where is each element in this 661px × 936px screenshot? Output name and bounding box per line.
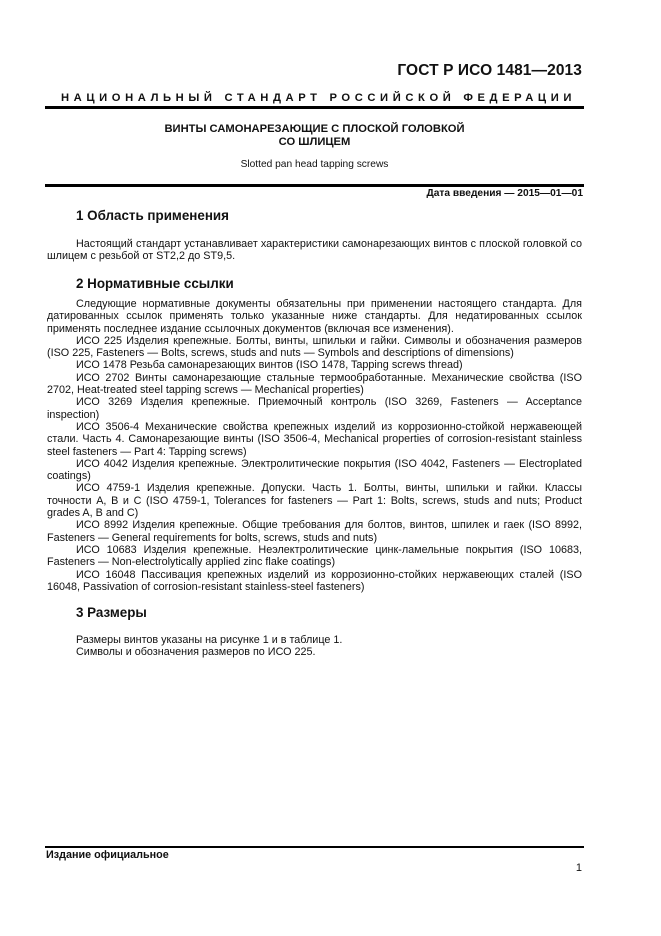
section-heading-normative-references: 2 Нормативные ссылки (76, 276, 234, 291)
title-line-2: СО ШЛИЦЕМ (45, 136, 584, 149)
document-number: ГОСТ Р ИСО 1481—2013 (397, 62, 582, 80)
section-heading-dimensions: 3 Размеры (76, 605, 147, 620)
official-edition-label: Издание официальное (46, 849, 169, 861)
national-standard-banner: НАЦИОНАЛЬНЫЙ СТАНДАРТ РОССИЙСКОЙ ФЕДЕРАЦ… (47, 92, 582, 104)
reference-item: ИСО 8992 Изделия крепежные. Общие требов… (47, 519, 582, 544)
title-line-1: ВИНТЫ САМОНАРЕЗАЮЩИЕ С ПЛОСКОЙ ГОЛОВКОЙ (45, 123, 584, 136)
banner-word: СТАНДАРТ (224, 92, 321, 104)
reference-item: ИСО 1478 Резьба самонарезающих винтов (I… (47, 359, 582, 371)
english-title: Slotted pan head tapping screws (45, 159, 584, 170)
reference-item: ИСО 2702 Винты самонарезающие стальные т… (47, 372, 582, 397)
title-divider (45, 184, 584, 187)
reference-item: ИСО 3269 Изделия крепежные. Приемочный к… (47, 396, 582, 421)
section-heading-scope: 1 Область применения (76, 208, 229, 223)
top-divider (45, 106, 584, 109)
reference-item: ИСО 4042 Изделия крепежные. Электролитич… (47, 458, 582, 483)
section-body-scope: Настоящий стандарт устанавливает характе… (47, 238, 582, 263)
banner-word: ФЕДЕРАЦИИ (463, 92, 576, 104)
paragraph: Настоящий стандарт устанавливает характе… (47, 238, 582, 263)
paragraph: Следующие нормативные документы обязател… (47, 298, 582, 335)
reference-item: ИСО 16048 Пассивация крепежных изделий и… (47, 569, 582, 594)
reference-item: ИСО 3506-4 Механические свойства крепежн… (47, 421, 582, 458)
page-number: 1 (576, 862, 582, 874)
footer-divider (45, 846, 584, 848)
reference-item: ИСО 4759-1 Изделия крепежные. Допуски. Ч… (47, 482, 582, 519)
paragraph: Символы и обозначения размеров по ИСО 22… (47, 646, 582, 658)
introduction-date: Дата введения — 2015—01—01 (426, 188, 583, 199)
paragraph: Размеры винтов указаны на рисунке 1 и в … (47, 634, 582, 646)
banner-word: РОССИЙСКОЙ (329, 92, 455, 104)
reference-item: ИСО 10683 Изделия крепежные. Неэлектроли… (47, 544, 582, 569)
banner-word: НАЦИОНАЛЬНЫЙ (61, 92, 217, 104)
section-body-dimensions: Размеры винтов указаны на рисунке 1 и в … (47, 634, 582, 659)
reference-item: ИСО 225 Изделия крепежные. Болты, винты,… (47, 335, 582, 360)
section-body-normative-references: Следующие нормативные документы обязател… (47, 298, 582, 593)
document-title: ВИНТЫ САМОНАРЕЗАЮЩИЕ С ПЛОСКОЙ ГОЛОВКОЙ … (45, 123, 584, 149)
